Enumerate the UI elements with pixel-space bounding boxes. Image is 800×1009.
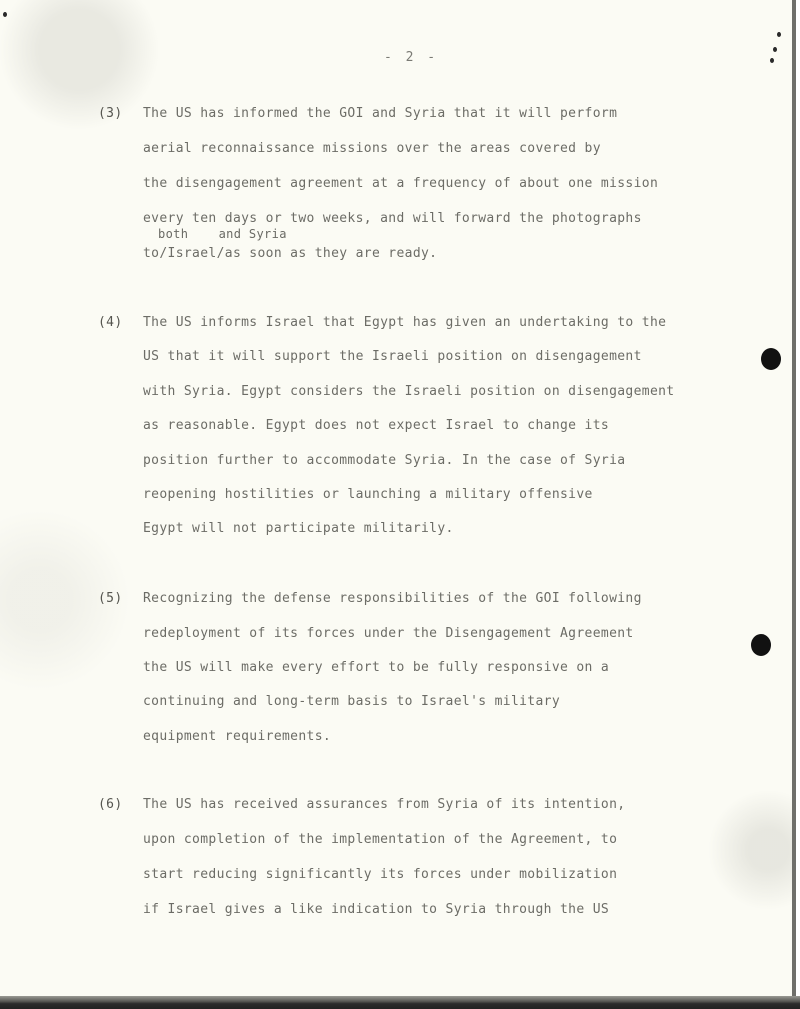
ink-speck-icon bbox=[770, 58, 774, 63]
paragraph-3-line-4: every ten days or two weeks, and will fo… bbox=[143, 211, 642, 227]
ink-speck-icon bbox=[777, 32, 781, 37]
paragraph-4-line-1: The US informs Israel that Egypt has giv… bbox=[143, 315, 666, 331]
paragraph-4-line-3: with Syria. Egypt considers the Israeli … bbox=[143, 384, 674, 400]
paragraph-6-line-3: start reducing significantly its forces … bbox=[143, 867, 617, 883]
paragraph-5-line-2: redeployment of its forces under the Dis… bbox=[143, 626, 634, 642]
paragraph-6-line-4: if Israel gives a like indication to Syr… bbox=[143, 902, 609, 918]
paragraph-5-line-4: continuing and long-term basis to Israel… bbox=[143, 694, 560, 710]
scan-bottom-edge bbox=[0, 996, 800, 1009]
paragraph-4-line-4: as reasonable. Egypt does not expect Isr… bbox=[143, 418, 609, 434]
page-number: - 2 - bbox=[384, 50, 438, 66]
paragraph-number-3: (3) bbox=[98, 106, 123, 122]
paragraph-4-line-5: position further to accommodate Syria. I… bbox=[143, 453, 625, 469]
paragraph-3-line-1: The US has informed the GOI and Syria th… bbox=[143, 106, 617, 122]
paragraph-4-line-7: Egypt will not participate militarily. bbox=[143, 521, 454, 537]
paragraph-6-line-1: The US has received assurances from Syri… bbox=[143, 797, 625, 813]
punch-hole-icon bbox=[751, 634, 771, 656]
paragraph-3-line-5: to/Israel/as soon as they are ready. bbox=[143, 246, 437, 262]
paragraph-3-line-3: the disengagement agreement at a frequen… bbox=[143, 176, 658, 192]
ink-speck-icon bbox=[3, 12, 7, 17]
paragraph-5-line-5: equipment requirements. bbox=[143, 729, 331, 745]
paragraph-number-4: (4) bbox=[98, 315, 123, 331]
document-page: - 2 - (3) The US has informed the GOI an… bbox=[0, 0, 796, 1000]
paragraph-3-line-2: aerial reconnaissance missions over the … bbox=[143, 141, 601, 157]
ink-speck-icon bbox=[773, 47, 777, 52]
paragraph-4-line-6: reopening hostilities or launching a mil… bbox=[143, 487, 593, 503]
paragraph-6-line-2: upon completion of the implementation of… bbox=[143, 832, 617, 848]
paragraph-number-5: (5) bbox=[98, 591, 123, 607]
handwritten-insertion: both and Syria bbox=[158, 226, 287, 242]
paragraph-4-line-2: US that it will support the Israeli posi… bbox=[143, 349, 642, 365]
paragraph-number-6: (6) bbox=[98, 797, 123, 813]
punch-hole-icon bbox=[761, 348, 781, 370]
paragraph-5-line-3: the US will make every effort to be full… bbox=[143, 660, 609, 676]
paragraph-5-line-1: Recognizing the defense responsibilities… bbox=[143, 591, 642, 607]
